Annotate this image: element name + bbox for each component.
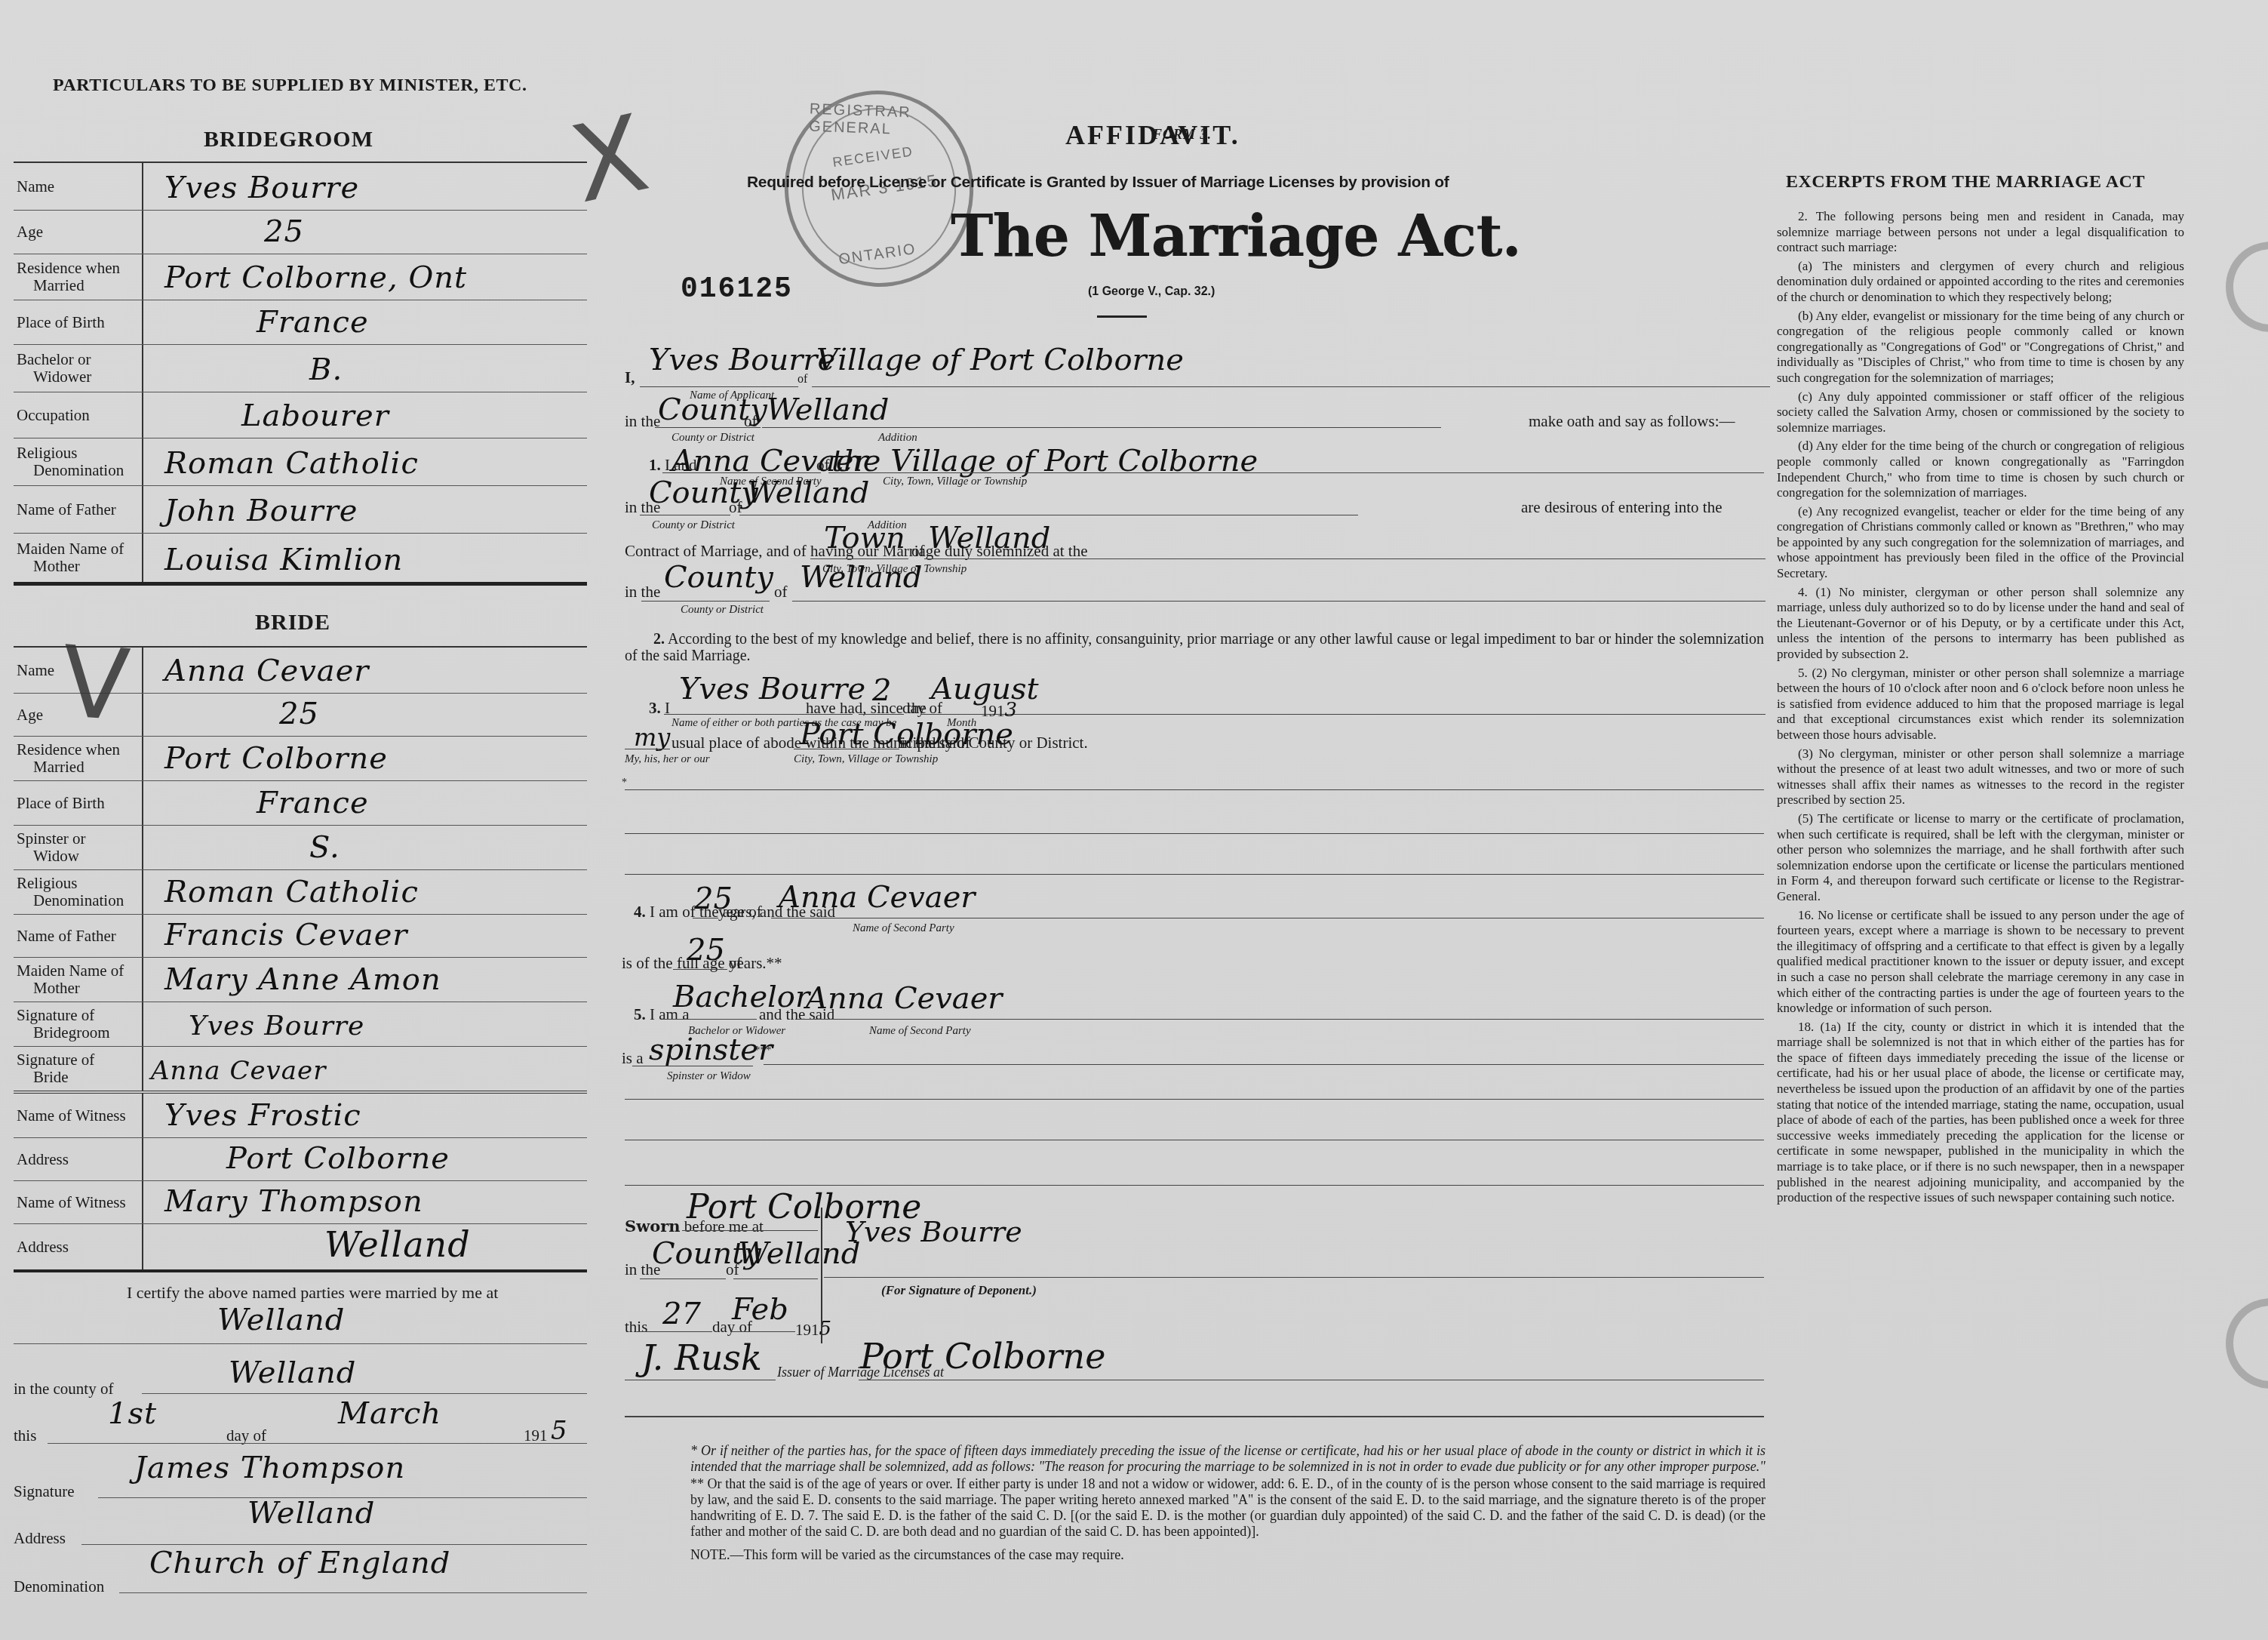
field-label: Bachelor or bbox=[17, 351, 139, 368]
bride-religion: Roman Catholic bbox=[164, 875, 419, 909]
field-label: Religious bbox=[17, 445, 139, 462]
field-label: Married bbox=[17, 277, 139, 294]
field-label: Residence when bbox=[17, 260, 139, 277]
bridegroom-row-occupation: Occupation Labourer bbox=[14, 392, 587, 438]
no-impediment-statement: According to the best of my knowledge an… bbox=[625, 631, 1764, 664]
field-label: Bride bbox=[17, 1069, 139, 1086]
affidavit-title: AFFIDAVIT. bbox=[1065, 119, 1240, 151]
deponent-signature: Yves Bourre bbox=[845, 1215, 1022, 1248]
solemnization-place: Welland bbox=[928, 521, 1050, 555]
field-label: Widow bbox=[17, 848, 139, 865]
bridegroom-name: Yves Bourre bbox=[164, 171, 359, 205]
particulars-heading: PARTICULARS TO BE SUPPLIED BY MINISTER, … bbox=[53, 75, 527, 96]
bride-mother: Mary Anne Amon bbox=[164, 962, 441, 997]
bride-signature-row: Signature ofBride Anna Cevaer bbox=[14, 1047, 587, 1094]
field-label: Signature of bbox=[17, 1051, 139, 1069]
field-label: Address bbox=[17, 1151, 139, 1168]
bridegroom-father: John Bourre bbox=[164, 494, 358, 528]
this-label: this bbox=[625, 1318, 647, 1337]
of-label: of bbox=[744, 412, 758, 431]
of-label: of bbox=[774, 583, 788, 602]
marriage-affidavit-document: PARTICULARS TO BE SUPPLIED BY MINISTER, … bbox=[0, 0, 2268, 1640]
witness1-address-row: Address Port Colborne bbox=[14, 1138, 587, 1181]
of-label: of bbox=[797, 373, 807, 386]
field-label: Name of Witness bbox=[17, 1194, 139, 1211]
required-subtitle: Required before License or Certificate i… bbox=[747, 174, 1449, 192]
bridegroom-religion: Roman Catholic bbox=[164, 446, 419, 481]
witness1-address: Port Colborne bbox=[226, 1141, 450, 1176]
excerpt-paragraph: 16. No license or certificate shall be i… bbox=[1777, 908, 2184, 1017]
of-label: of bbox=[816, 456, 830, 475]
item-text: years.** bbox=[729, 954, 782, 973]
excerpt-paragraph: (c) Any duly appointed commissioner or s… bbox=[1777, 389, 2184, 436]
footnote-age-consent: ** Or that the said is of the age of yea… bbox=[649, 1476, 1766, 1540]
field-label: Residence when bbox=[17, 741, 139, 758]
solemnization-county: Welland bbox=[800, 560, 922, 595]
witness2-row: Name of Witness Mary Thompson bbox=[14, 1181, 587, 1224]
asterisk: * bbox=[622, 777, 627, 789]
excerpt-paragraph: 2. The following persons being men and r… bbox=[1777, 209, 2184, 256]
act-citation: (1 George V., Cap. 32.) bbox=[1088, 285, 1215, 299]
sworn-county: Welland bbox=[738, 1236, 860, 1271]
certificate-day: 1st bbox=[108, 1396, 157, 1431]
item-number: 1. bbox=[649, 456, 661, 474]
field-label: Denomination bbox=[17, 462, 139, 479]
bridegroom-signature-row: Signature ofBridegroom Yves Bourre bbox=[14, 1002, 587, 1047]
bridegroom-table: Name Yves Bourre Age 25 Residence whenMa… bbox=[14, 162, 587, 586]
stamp-text: REGISTRAR GENERAL bbox=[809, 101, 960, 141]
county-label: in the county of bbox=[14, 1380, 113, 1398]
excerpts-title: EXCERPTS FROM THE MARRIAGE ACT bbox=[1786, 172, 2184, 192]
hole-punch-mark bbox=[2226, 1298, 2268, 1389]
minister-denomination: Church of England bbox=[149, 1546, 450, 1580]
bridegroom-row-residence: Residence whenMarried Port Colborne, Ont bbox=[14, 254, 587, 300]
bridegroom-residence: Port Colborne, Ont bbox=[164, 260, 467, 295]
certificate-county: Welland bbox=[229, 1355, 356, 1390]
bridegroom-row-status: Bachelor orWidower B. bbox=[14, 345, 587, 392]
bridegroom-row-name: Name Yves Bourre bbox=[14, 163, 587, 211]
witness1-row: Name of Witness Yves Frostic bbox=[14, 1094, 587, 1138]
item-number: 4. bbox=[634, 903, 646, 921]
item-number: 3. bbox=[649, 699, 661, 717]
signature-label: Signature bbox=[14, 1482, 74, 1501]
in-the-label: in the bbox=[625, 583, 660, 602]
bride-name: Anna Cevaer bbox=[164, 654, 370, 688]
sworn-day: 27 bbox=[662, 1297, 701, 1331]
footnote-note: NOTE.—This form will be varied as the ci… bbox=[649, 1547, 1766, 1563]
second-party-county: Welland bbox=[747, 475, 869, 510]
residence-since-day: 2 bbox=[872, 673, 891, 708]
bride-row-residence: Residence whenMarried Port Colborne bbox=[14, 737, 587, 781]
field-label: Maiden Name of bbox=[17, 962, 139, 980]
caption: County or District bbox=[681, 604, 764, 617]
bridegroom-title: BRIDEGROOM bbox=[204, 127, 373, 152]
witness2-name: Mary Thompson bbox=[164, 1184, 423, 1219]
bridegroom-row-age: Age 25 bbox=[14, 211, 587, 254]
item-text: are desirous of entering into the bbox=[1521, 498, 1723, 517]
field-label: Address bbox=[17, 1238, 139, 1256]
applicant-place: Village of Port Colborne bbox=[816, 343, 1184, 377]
bridegroom-row-mother: Maiden Name ofMother Louisa Kimlion bbox=[14, 534, 587, 586]
asterisks: *** bbox=[754, 1045, 772, 1057]
field-label: Mother bbox=[17, 980, 139, 997]
second-party-name-5: Anna Cevaer bbox=[806, 981, 1003, 1016]
excerpt-paragraph: (3) No clergyman, minister or other pers… bbox=[1777, 746, 2184, 808]
hole-punch-mark bbox=[2226, 242, 2268, 332]
excerpt-paragraph: 5. (2) No clergyman, minister or other p… bbox=[1777, 666, 2184, 743]
excerpt-paragraph: (5) The certificate or license to marry … bbox=[1777, 811, 2184, 905]
certificate-intro: I certify the above named parties were m… bbox=[127, 1283, 498, 1303]
excerpt-paragraph: (b) Any elder, evangelist or missionary … bbox=[1777, 309, 2184, 386]
excerpt-paragraph: (a) The ministers and clergymen of every… bbox=[1777, 259, 2184, 306]
excerpt-paragraph: 18. (1a) If the city, county or district… bbox=[1777, 1020, 2184, 1206]
issuer-signature: J. Rusk bbox=[641, 1337, 762, 1378]
this-label: this bbox=[14, 1426, 36, 1445]
item-text: in the said County or District. bbox=[899, 734, 1088, 752]
caption: Spinster or Widow bbox=[667, 1070, 751, 1083]
bride-father: Francis Cevaer bbox=[164, 918, 407, 952]
solemnization-county-type: County bbox=[664, 560, 773, 595]
caption: Name of Second Party bbox=[869, 1025, 971, 1038]
in-the-label: in the bbox=[625, 412, 660, 431]
footnote-residence: * Or if neither of the parties has, for … bbox=[649, 1443, 1766, 1475]
bride-title: BRIDE bbox=[255, 610, 330, 635]
witness2-address: Welland bbox=[324, 1224, 471, 1265]
field-label: Bridegroom bbox=[17, 1024, 139, 1042]
denomination-label: Denomination bbox=[14, 1577, 104, 1596]
field-label: Name of Father bbox=[17, 928, 139, 945]
bride-row-religion: ReligiousDenomination Roman Catholic bbox=[14, 870, 587, 915]
second-party-age: 25 bbox=[687, 933, 725, 968]
second-party-place: the Village of Port Colborne bbox=[831, 444, 1258, 478]
pronoun: my bbox=[634, 723, 670, 752]
bride-age: 25 bbox=[279, 697, 319, 731]
serial-number: 016125 bbox=[681, 273, 793, 306]
sworn-month: Feb bbox=[732, 1292, 788, 1327]
bridegroom-row-religion: ReligiousDenomination Roman Catholic bbox=[14, 438, 587, 486]
caption: My, his, her or our bbox=[625, 753, 710, 766]
field-label: Name of Father bbox=[17, 501, 139, 518]
affidavit-column: REGISTRAR GENERAL RECEIVED MAR 3 1915 ON… bbox=[619, 0, 1773, 1640]
issuer-place: Port Colborne bbox=[860, 1336, 1105, 1377]
field-label: Religious bbox=[17, 875, 139, 892]
field-label: Occupation bbox=[17, 407, 139, 424]
caption: Addition bbox=[878, 432, 917, 445]
bridegroom-occupation: Labourer bbox=[241, 398, 389, 433]
field-label: Signature of bbox=[17, 1007, 139, 1024]
solemnization-place-type: Town bbox=[824, 521, 905, 555]
bridegroom-signature: Yves Bourre bbox=[189, 1011, 364, 1042]
check-mark-icon: V bbox=[58, 624, 133, 743]
sworn-label: Sworn bbox=[625, 1217, 681, 1235]
year-prefix: 191 bbox=[795, 1321, 819, 1339]
excerpt-paragraph: (e) Any recognized evangelist, teacher o… bbox=[1777, 504, 2184, 582]
bridegroom-birthplace: France bbox=[257, 305, 369, 340]
oath-text: make oath and say as follows:— bbox=[1529, 412, 1735, 431]
witness2-address-row: Address Welland bbox=[14, 1224, 587, 1272]
field-label: Place of Birth bbox=[17, 314, 139, 331]
minister-signature: James Thompson bbox=[134, 1451, 405, 1485]
item-number: 5. bbox=[634, 1005, 646, 1023]
caption: County or District bbox=[671, 432, 754, 445]
field-label: Married bbox=[17, 758, 139, 776]
applicant-prefix: I, bbox=[625, 368, 635, 387]
bride-status: S. bbox=[309, 830, 340, 865]
bride-birthplace: France bbox=[257, 786, 369, 820]
bride-row-status: Spinster orWidow S. bbox=[14, 826, 587, 870]
of-label: of bbox=[911, 542, 925, 561]
caption: (For Signature of Deponent.) bbox=[881, 1283, 1037, 1298]
caption: Name of Second Party bbox=[853, 922, 954, 935]
act-title: The Marriage Act. bbox=[951, 202, 1521, 269]
field-label: Name of Witness bbox=[17, 1107, 139, 1125]
bridegroom-row-birthplace: Place of Birth France bbox=[14, 300, 587, 345]
certificate-month: March bbox=[338, 1396, 441, 1431]
field-label: Widower bbox=[17, 368, 139, 386]
caption: County or District bbox=[652, 519, 735, 532]
bride-row-mother: Maiden Name ofMother Mary Anne Amon bbox=[14, 958, 587, 1002]
marriage-act-excerpts: EXCERPTS FROM THE MARRIAGE ACT 2. The fo… bbox=[1777, 172, 2184, 1206]
witness1-name: Yves Frostic bbox=[164, 1098, 361, 1133]
certificate-place: Welland bbox=[217, 1303, 345, 1337]
caption: City, Town, Village or Township bbox=[794, 753, 938, 766]
applicant-county: Welland bbox=[767, 392, 889, 427]
field-label: Name bbox=[17, 178, 139, 195]
item-number: 2. bbox=[653, 631, 665, 648]
field-label: Spinster or bbox=[17, 830, 139, 848]
address-label: Address bbox=[14, 1529, 66, 1548]
second-party-name-4: Anna Cevaer bbox=[779, 880, 976, 915]
caption: City, Town, Village or Township bbox=[883, 475, 1027, 488]
minister-address: Welland bbox=[247, 1496, 375, 1531]
field-label: Place of Birth bbox=[17, 795, 139, 812]
excerpt-paragraph: 4. (1) No minister, clergyman or other p… bbox=[1777, 585, 2184, 663]
bridegroom-row-father: Name of Father John Bourre bbox=[14, 486, 587, 534]
bride-row-father: Name of Father Francis Cevaer bbox=[14, 915, 587, 958]
bride-row-birthplace: Place of Birth France bbox=[14, 781, 587, 826]
footnotes: * Or if neither of the parties has, for … bbox=[649, 1443, 1766, 1563]
of-label: of bbox=[726, 1260, 739, 1279]
particulars-column: PARTICULARS TO BE SUPPLIED BY MINISTER, … bbox=[14, 0, 595, 1640]
field-label: Denomination bbox=[17, 892, 139, 909]
bridegroom-mother: Louisa Kimlion bbox=[164, 543, 403, 577]
bridegroom-status: B. bbox=[309, 352, 343, 387]
bride-signature: Anna Cevaer bbox=[151, 1056, 326, 1086]
field-label: Maiden Name of bbox=[17, 540, 139, 558]
bride-residence: Port Colborne bbox=[164, 741, 388, 776]
field-label: Mother bbox=[17, 558, 139, 575]
field-label: Age bbox=[17, 223, 139, 241]
bridegroom-age: 25 bbox=[264, 214, 304, 249]
excerpt-paragraph: (d) Any elder for the time being of the … bbox=[1777, 438, 2184, 500]
